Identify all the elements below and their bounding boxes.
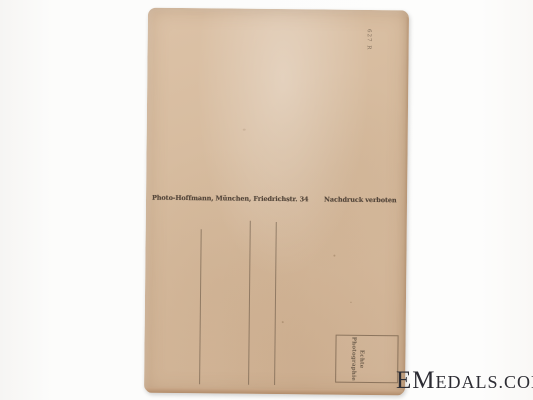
watermark-segment-tld: .COM [499, 372, 533, 392]
card-right-edge [402, 16, 409, 391]
age-speck [333, 255, 335, 257]
watermark-segment-small: EDALS [436, 372, 499, 392]
photo-background: 627 R Photo-Hoffmann, München, Friedrich… [0, 0, 533, 400]
serial-number: 627 R [366, 29, 372, 50]
address-line [248, 221, 251, 385]
publisher-imprint: Photo-Hoffmann, München, Friedrichstr. 3… [152, 194, 309, 204]
postcard-back: 627 R Photo-Hoffmann, München, Friedrich… [144, 8, 409, 396]
watermark: EMEDALS.COM [396, 368, 533, 393]
address-line [274, 222, 277, 385]
stamp-box-text: Echte Photographie [349, 336, 365, 382]
age-speck [243, 129, 246, 131]
age-speck [282, 321, 284, 323]
card-bottom-edge [146, 388, 403, 396]
age-speck [350, 302, 352, 303]
watermark-segment-large: EM [396, 367, 436, 394]
address-line [199, 229, 202, 384]
stamp-box-line1: Echte [357, 336, 365, 382]
stamp-box: Echte Photographie [335, 335, 398, 384]
copyright-notice: Nachdruck verboten [324, 195, 397, 204]
stamp-box-line2: Photographie [349, 336, 357, 382]
